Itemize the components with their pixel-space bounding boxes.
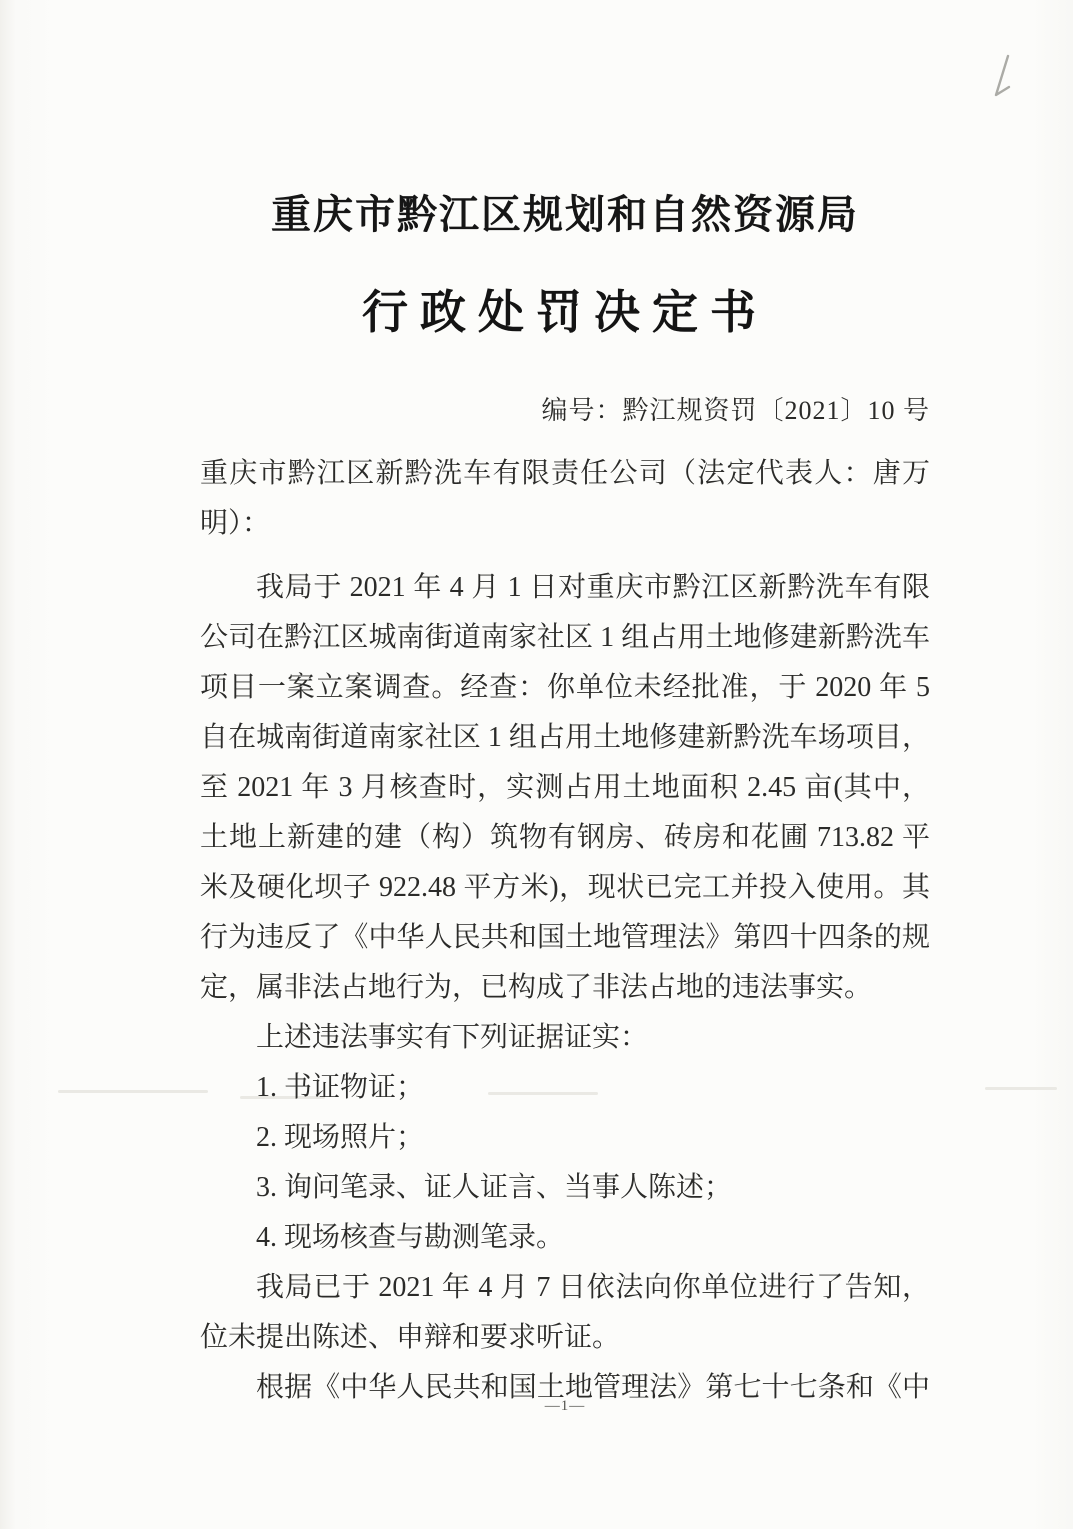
page-number: —1— [200,1398,930,1415]
issuing-authority-title: 重庆市黔江区规划和自然资源局 [200,183,930,240]
document-body: 重庆市黔江区新黔洗车有限责任公司（法定代表人：唐万明）：我局于 2021 年 4… [200,449,930,1413]
body-line: 重庆市黔江区新黔洗车有限责任公司（法定代表人：唐万 [200,449,930,499]
document-number: 编号：黔江规资罚〔2021〕10 号 [200,390,930,427]
body-line: 项目一案立案调查。经查：你单位未经批准，于 2020 年 5 月擅 [200,663,930,713]
body-line: 至 2021 年 3 月核查时，实测占用土地面积 2.45 亩(其中，在 [200,763,930,813]
body-line: 位未提出陈述、申辩和要求听证。 [200,1313,930,1363]
scan-artifact-streak [985,1087,1057,1090]
body-line: 明）： [200,499,930,549]
body-line: 公司在黔江区城南街道南家社区 1 组占用土地修建新黔洗车场 [200,613,930,663]
body-line: 2. 现场照片； [200,1113,930,1163]
body-line: 1. 书证物证； [200,1063,930,1113]
body-line: 4. 现场核查与勘测笔录。 [200,1213,930,1263]
body-line: 土地上新建的建（构）筑物有钢房、砖房和花圃 713.82 平方 [200,813,930,863]
handwritten-pencil-mark [990,52,1020,102]
body-line: 行为违反了《中华人民共和国土地管理法》第四十四条的规 [200,913,930,963]
body-line: 我局已于 2021 年 4 月 7 日依法向你单位进行了告知，你单 [200,1263,930,1313]
body-line: 我局于 2021 年 4 月 1 日对重庆市黔江区新黔洗车有限责任 [200,563,930,613]
scan-artifact-streak [58,1090,208,1093]
body-line: 3. 询问笔录、证人证言、当事人陈述； [200,1163,930,1213]
document-title: 行政处罚决定书 [200,276,930,342]
body-line: 米及硬化坝子 922.48 平方米)，现状已完工并投入使用。其 [200,863,930,913]
document-content: 重庆市黔江区规划和自然资源局 行政处罚决定书 编号：黔江规资罚〔2021〕10 … [200,0,930,1413]
body-line: 定，属非法占地行为，已构成了非法占地的违法事实。 [200,963,930,1013]
body-line: 自在城南街道南家社区 1 组占用土地修建新黔洗车场项目， [200,713,930,763]
body-line: 上述违法事实有下列证据证实： [200,1013,930,1063]
scanned-document-page: 重庆市黔江区规划和自然资源局 行政处罚决定书 编号：黔江规资罚〔2021〕10 … [0,0,1073,1529]
